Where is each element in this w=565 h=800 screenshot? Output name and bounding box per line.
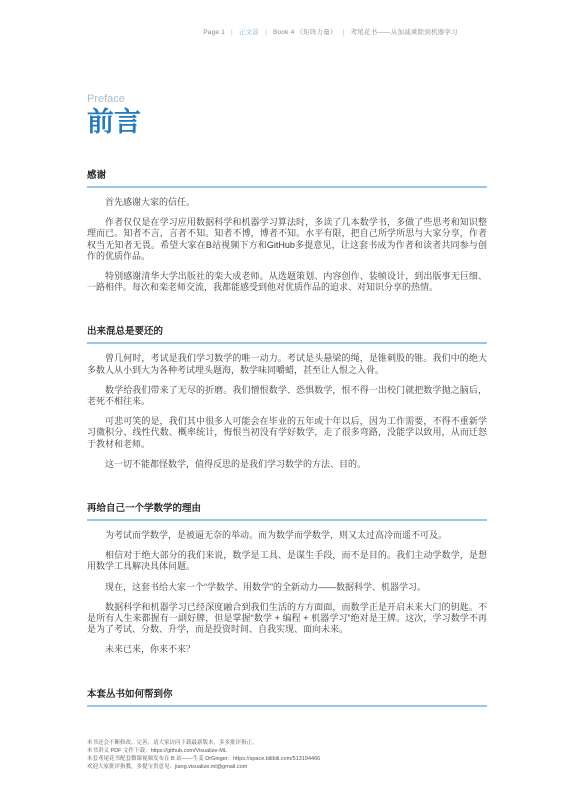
page-title: 前言 [87, 107, 487, 137]
section-heading-payback: 出来混总是要还的 [87, 323, 487, 344]
footnote-text: 本书还会不断修改、完善，请大家访问下载最新版本，多多批评指正。 [87, 740, 258, 746]
header-book-title: Book 4 《矩阵力量》 [273, 29, 337, 36]
page-footnotes: 本书还会不断修改、完善，请大家访问下载最新版本，多多批评指正。 本书讲义 PDF… [87, 739, 507, 771]
header-front-matter-link[interactable]: 正文前 [239, 29, 259, 36]
paragraph: 特别感谢清华大学出版社的栾大成老师。从选题策划、内容创作、装帧设计，到出版事无巨… [87, 271, 487, 293]
page-header: Page 1 | 正文前 | Book 4 《矩阵力量》 | 鸢尾花书——从加减… [0, 0, 565, 36]
header-separator: | [343, 29, 345, 36]
header-series-title: 鸢尾花书——从加减乘除到机器学习 [351, 29, 458, 36]
preface-label: Preface [87, 93, 487, 105]
paragraph: 首先感谢大家的信任。 [87, 197, 487, 208]
paragraph: 为考试而学数学，是被逼无奈的举动。而为数学而学数学，则又太过高冷而遥不可及。 [87, 530, 487, 541]
paragraph: 数据科学和机器学习已经深度融合到我们生活的方方面面，而数学正是开启未来大门的钥匙… [87, 602, 487, 636]
page-header-text: Page 1 | 正文前 | Book 4 《矩阵力量》 | 鸢尾花书——从加减… [203, 27, 458, 36]
footnote-line: 欢迎大家批评指教，多提宝贵意见：jiang.visualize.ml@gmail… [87, 763, 507, 771]
footnote-github-link[interactable]: https://github.com/Visualize-ML [151, 748, 227, 754]
section-heading-reason: 再给自己一个学数学的理由 [87, 500, 487, 521]
footnote-line: 本套鸢尾花书配套微课视频发布在 B 站——生姜 DrGinger：https:/… [87, 755, 507, 763]
paragraph: 数学给我们带来了无尽的折磨。我们憎恨数学、恐惧数学，恨不得一出校门就把数学抛之脑… [87, 385, 487, 407]
paragraph: 相信对于绝大部分的我们来说，数学是工具、是谋生手段，而不是目的。我们主动学数学，… [87, 550, 487, 572]
document-page: Page 1 | 正文前 | Book 4 《矩阵力量》 | 鸢尾花书——从加减… [0, 0, 565, 800]
paragraph: 这一切不能都怪数学，值得反思的是我们学习数学的方法、目的。 [87, 459, 487, 470]
footnote-line: 本书讲义 PDF 文件下载：https://github.com/Visuali… [87, 747, 507, 755]
footnote-text: 本书讲义 PDF 文件下载： [87, 748, 151, 754]
header-separator: | [231, 29, 233, 36]
paragraph: 可悲可笑的是，我们其中很多人可能会在毕业的五年或十年以后，因为工作需要，不得不重… [87, 416, 487, 450]
footnote-email-link[interactable]: jiang.visualize.ml@gmail.com [175, 764, 247, 770]
footnote-bilibili-link[interactable]: https://space.bilibili.com/513194466 [233, 756, 320, 762]
footnote-text: 欢迎大家批评指教，多提宝贵意见： [87, 764, 175, 770]
paragraph: 现在，这套书给大家一个“学数学、用数学”的全新动力——数据科学、机器学习。 [87, 582, 487, 593]
footnote-line: 本书还会不断修改、完善，请大家访问下载最新版本，多多批评指正。 [87, 739, 507, 747]
paragraph: 作者仅仅是在学习应用数据科学和机器学习算法时，多读了几本数学书，多做了些思考和知… [87, 217, 487, 262]
paragraph: 未来已来，你来不来？ [87, 644, 487, 655]
section-heading-how-helps: 本套丛书如何帮到你 [87, 686, 487, 707]
paragraph: 曾几何时，考试是我们学习数学的唯一动力。考试是头悬梁的绳，是锥刺股的锥。我们中的… [87, 353, 487, 375]
section-heading-thanks: 感谢 [87, 167, 487, 188]
header-separator: | [265, 29, 267, 36]
header-page-number: Page 1 [203, 29, 225, 36]
footnote-text: 本套鸢尾花书配套微课视频发布在 B 站——生姜 DrGinger： [87, 756, 233, 762]
content-column: Preface 前言 感谢 首先感谢大家的信任。 作者仅仅是在学习应用数据科学和… [87, 93, 487, 707]
